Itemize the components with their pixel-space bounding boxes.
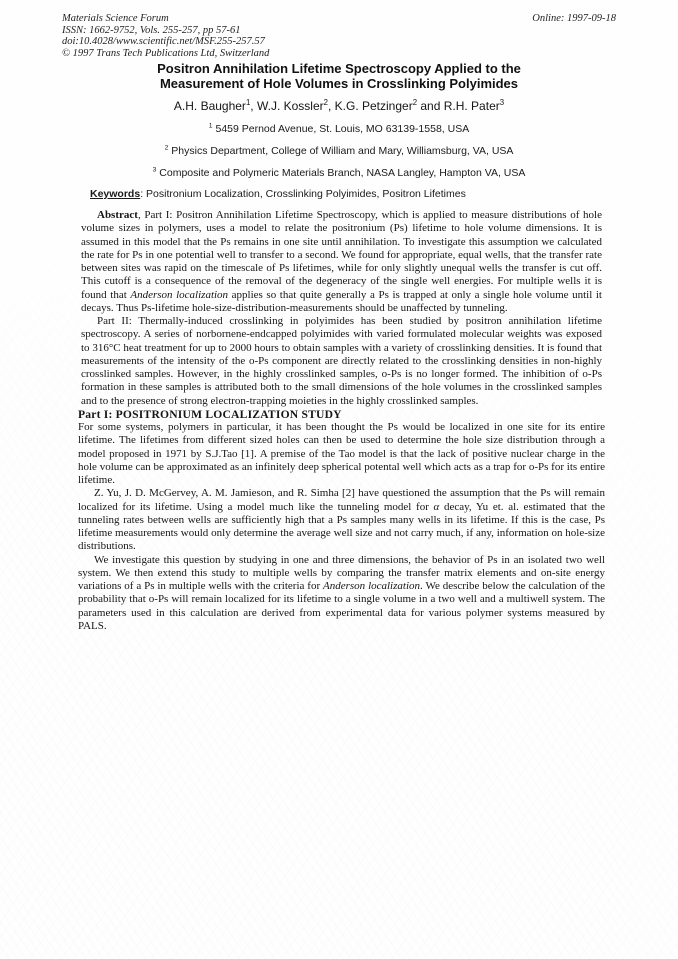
text-run: A.H. Baugher xyxy=(174,99,246,113)
journal-name: Materials Science Forum xyxy=(62,13,169,25)
authors-line: A.H. Baugher1, W.J. Kossler2, K.G. Petzi… xyxy=(0,99,678,113)
affiliation-line-2: 2 Physics Department, College of William… xyxy=(0,145,678,157)
text-run: Abstract xyxy=(97,209,138,221)
text-run: Anderson localization xyxy=(323,580,420,592)
paper-title: Positron Annihilation Lifetime Spectrosc… xyxy=(0,62,678,91)
text-run: : Positronium Localization, Crosslinking… xyxy=(140,188,466,200)
section-heading-part1: Part I: POSITRONIUM LOCALIZATION STUDY xyxy=(78,408,605,421)
online-date: Online: 1997-09-18 xyxy=(532,13,616,25)
text-run: Part I: POSITRONIUM LOCALIZATION STUDY xyxy=(78,408,342,421)
text-run: , Part I: Positron Annihilation Lifetime… xyxy=(81,209,602,301)
paper-title-line-1: Positron Annihilation Lifetime Spectrosc… xyxy=(157,61,521,76)
paper-body: Abstract, Part I: Positron Annihilation … xyxy=(78,209,605,633)
text-run: Keywords xyxy=(90,188,140,200)
body-paragraph-2: Z. Yu, J. D. McGervey, A. M. Jamieson, a… xyxy=(78,487,605,553)
part2-abstract-paragraph: Part II: Thermally-induced crosslinking … xyxy=(81,315,602,408)
abstract-paragraph: Abstract, Part I: Positron Annihilation … xyxy=(81,209,602,315)
body-paragraph-1: For some systems, polymers in particular… xyxy=(78,421,605,487)
paper-page: Materials Science Forum Online: 1997-09-… xyxy=(0,0,678,959)
body-paragraph-3: We investigate this question by studying… xyxy=(78,554,605,634)
doi-line: doi:10.4028/www.scientific.net/MSF.255-2… xyxy=(62,36,616,48)
keywords-line: Keywords: Positronium Localization, Cros… xyxy=(90,188,610,200)
issn-line: ISSN: 1662-9752, Vols. 255-257, pp 57-61 xyxy=(62,25,616,37)
text-run: , W.J. Kossler xyxy=(250,99,323,113)
text-run: For some systems, polymers in particular… xyxy=(78,421,605,486)
affiliation-line-3: 3 Composite and Polymeric Materials Bran… xyxy=(0,167,678,179)
text-run: Part II: Thermally-induced crosslinking … xyxy=(81,315,602,407)
text-run: 3 xyxy=(500,98,504,107)
text-run: Anderson localization xyxy=(130,289,228,301)
paper-title-line-2: Measurement of Hole Volumes in Crosslink… xyxy=(160,76,518,91)
journal-header: Materials Science Forum Online: 1997-09-… xyxy=(62,13,616,59)
text-run: 5459 Pernod Avenue, St. Louis, MO 63139-… xyxy=(213,123,470,135)
text-run: , K.G. Petzinger xyxy=(328,99,413,113)
text-run: Physics Department, College of William a… xyxy=(168,145,513,157)
text-run: and R.H. Pater xyxy=(417,99,500,113)
text-run: Composite and Polymeric Materials Branch… xyxy=(156,167,525,179)
affiliation-line-1: 1 5459 Pernod Avenue, St. Louis, MO 6313… xyxy=(0,123,678,135)
copyright-line: © 1997 Trans Tech Publications Ltd, Swit… xyxy=(62,48,616,60)
